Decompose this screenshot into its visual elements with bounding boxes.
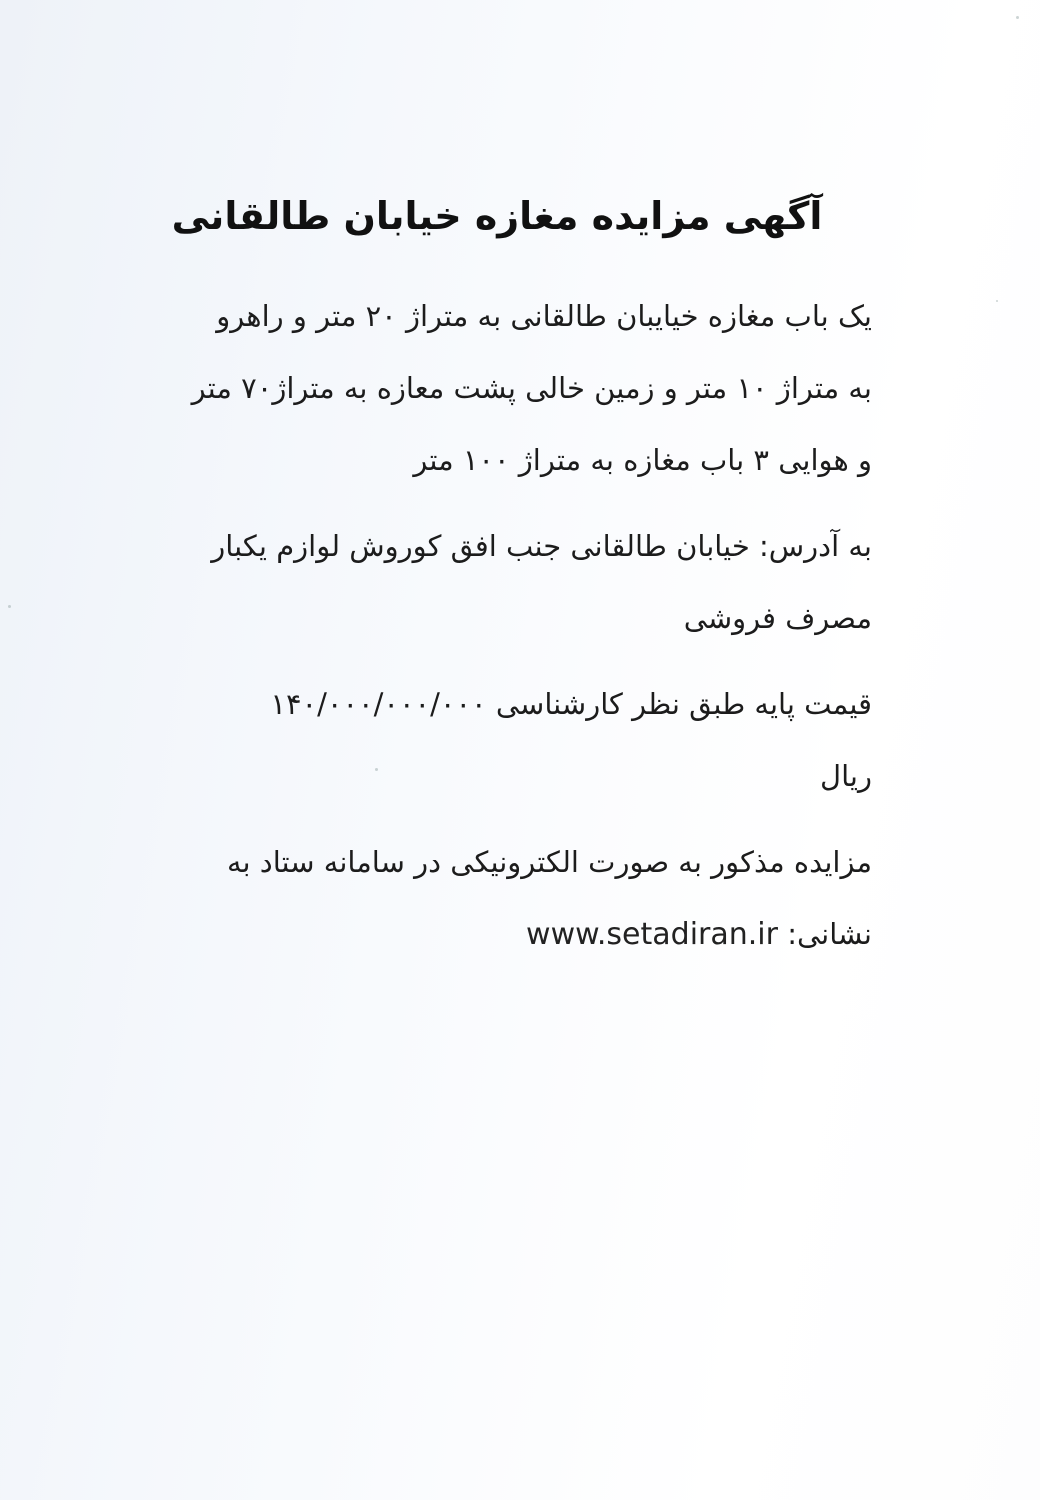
property-description: یک باب مغازه خیایبان طالقانی به متراژ ۲۰… xyxy=(152,280,872,496)
auction-platform: مزایده مذکور به صورت الکترونیکی در سامان… xyxy=(152,826,872,971)
text-line: یک باب مغازه خیایبان طالقانی به متراژ ۲۰… xyxy=(152,280,872,352)
scan-speck xyxy=(1016,16,1019,19)
scan-speck xyxy=(996,300,998,302)
text-line: به متراژ ۱۰ متر و زمین خالی پشت معازه به… xyxy=(152,352,872,424)
scanned-page: آگهی مزایده مغازه خیابان طالقانی یک باب … xyxy=(0,0,1040,1500)
base-price: قیمت پایه طبق نظر کارشناسی ۱۴۰/۰۰۰/۰۰۰/۰… xyxy=(152,668,872,812)
text-line: مزایده مذکور به صورت الکترونیکی در سامان… xyxy=(152,826,872,898)
property-address: به آدرس: خیابان طالقانی جنب افق کوروش لو… xyxy=(152,510,872,654)
text-line: قیمت پایه طبق نظر کارشناسی ۱۴۰/۰۰۰/۰۰۰/۰… xyxy=(152,668,872,740)
address-label: نشانی: xyxy=(787,917,872,951)
scan-speck xyxy=(8,605,11,608)
announcement: آگهی مزایده مغازه خیابان طالقانی یک باب … xyxy=(152,186,872,985)
text-line: مصرف فروشی xyxy=(152,582,872,654)
text-line: و هوایی ۳ باب مغازه به متراژ ۱۰۰ متر xyxy=(152,424,872,496)
announcement-title: آگهی مزایده مغازه خیابان طالقانی xyxy=(152,186,872,246)
text-line: ریال xyxy=(152,740,872,812)
address-line: نشانی: www.setadiran.ir xyxy=(152,898,872,971)
text-line: به آدرس: خیابان طالقانی جنب افق کوروش لو… xyxy=(152,510,872,582)
setad-url-link[interactable]: www.setadiran.ir xyxy=(526,917,778,952)
